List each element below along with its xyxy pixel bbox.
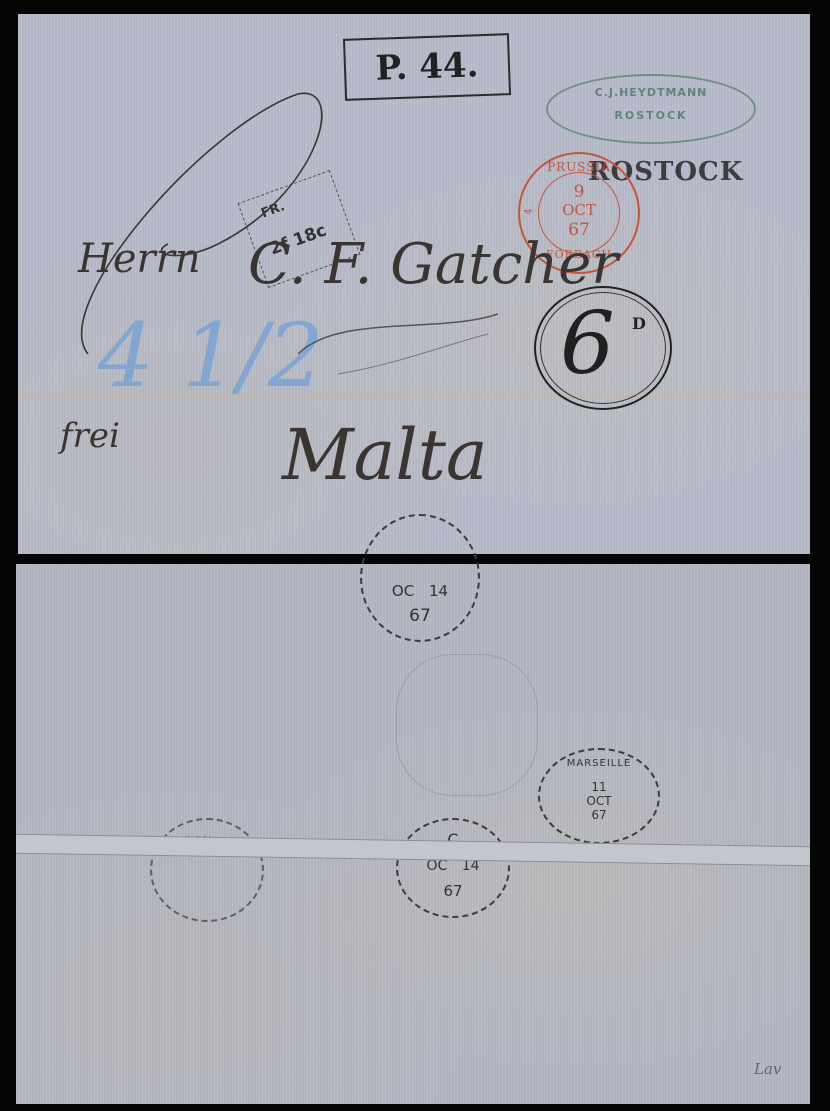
- back-cds-top: OC 14 67: [360, 514, 480, 642]
- back-cds-middle: C OC 14 67: [396, 818, 510, 918]
- back-cds-left-partial: LON ...: [150, 818, 264, 922]
- faint-seal-impression: [396, 654, 538, 796]
- pencil-note: Lav: [754, 1060, 781, 1078]
- handwriting-flourishes: [18, 14, 810, 554]
- cover-front: P. 44. C.J.HEYDTMANN ROSTOCK ROSTOCK PRU…: [18, 14, 810, 554]
- marseille-transit-cds: MARSEILLE 11 OCT 67: [538, 748, 660, 844]
- cover-back: OC 14 67 MARSEILLE 11 OCT 67 C OC 14 67 …: [16, 564, 810, 1104]
